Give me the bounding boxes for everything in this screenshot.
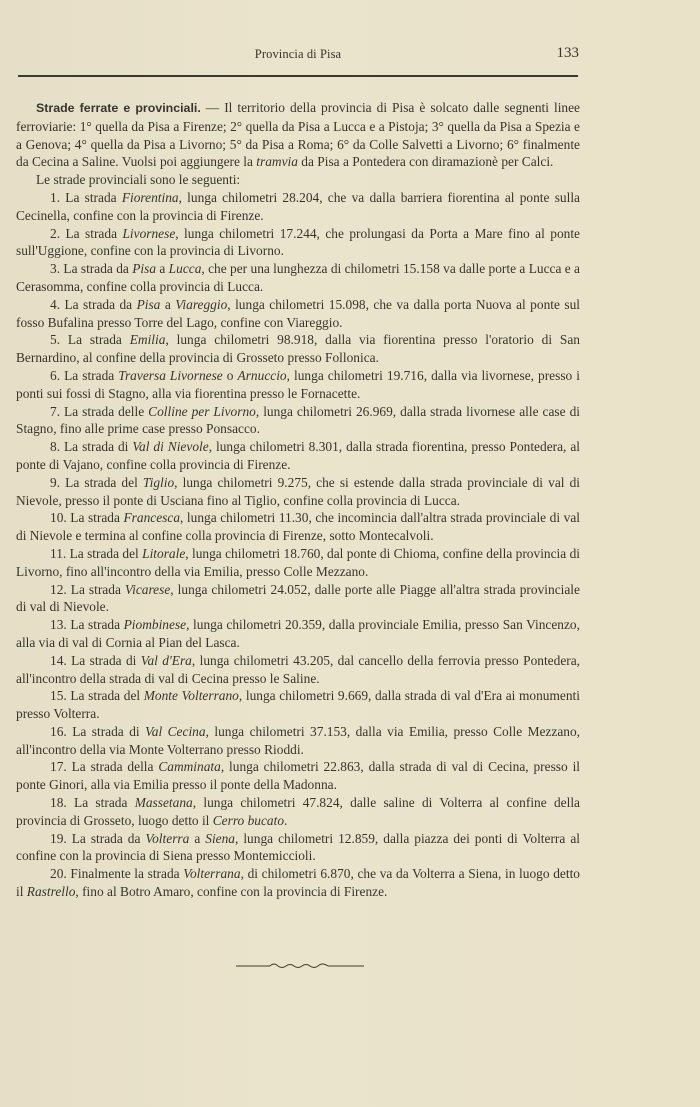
header-rule xyxy=(18,75,578,77)
road-text: 2. La strada xyxy=(50,226,122,241)
road-name: Litorale xyxy=(142,546,185,561)
road-list-item: 12. La strada Vicarese, lunga chilometri… xyxy=(16,581,580,617)
road-name: Colline per Livorno xyxy=(148,404,256,419)
running-title: Provincia di Pisa xyxy=(18,47,578,62)
road-name: Val Cecina xyxy=(145,724,206,739)
road-list-item: 9. La strada del Tiglio, lunga chilometr… xyxy=(16,474,580,510)
road-text: 19. La strada da xyxy=(50,831,145,846)
road-list: 1. La strada Fiorentina, lunga chilometr… xyxy=(16,189,580,901)
road-list-item: 1. La strada Fiorentina, lunga chilometr… xyxy=(16,189,580,225)
road-name: Vicarese xyxy=(125,582,170,597)
road-text: 12. La strada xyxy=(50,582,125,597)
road-name: Piombinese xyxy=(124,617,186,632)
road-list-item: 6. La strada Traversa Livornese o Arnucc… xyxy=(16,367,580,403)
road-name: Arnuccio xyxy=(238,368,287,383)
page-body: Strade ferrate e provinciali. — Il terri… xyxy=(16,99,580,901)
road-name: Emilia xyxy=(130,332,166,347)
road-text: 20. Finalmente la strada xyxy=(50,866,183,881)
road-name: Siena xyxy=(205,831,235,846)
road-name: Monte Volterrano xyxy=(144,688,239,703)
road-name: Massetana xyxy=(135,795,193,810)
road-text: 1. La strada xyxy=(50,190,122,205)
road-list-item: 8. La strada di Val di Nievole, lunga ch… xyxy=(16,438,580,474)
road-list-item: 3. La strada da Pisa a Lucca, che per un… xyxy=(16,260,580,296)
road-list-item: 2. La strada Livornese, lunga chilometri… xyxy=(16,225,580,261)
section-heading: Strade ferrate e provinciali. xyxy=(36,101,201,115)
road-text: 9. La strada del xyxy=(50,475,143,490)
road-text: 15. La strada del xyxy=(50,688,144,703)
tail-piece-ornament-icon xyxy=(236,960,364,972)
road-text: a xyxy=(156,261,169,276)
road-text: a xyxy=(189,831,205,846)
page-header: Provincia di Pisa 133 xyxy=(18,47,578,67)
road-text: 5. La strada xyxy=(50,332,130,347)
book-page: Provincia di Pisa 133 Strade ferrate e p… xyxy=(0,0,700,1107)
road-name: Val d'Era xyxy=(141,653,192,668)
road-text: 13. La strada xyxy=(50,617,124,632)
road-list-item: 13. La strada Piombinese, lunga chilomet… xyxy=(16,616,580,652)
road-list-item: 16. La strada di Val Cecina, lunga chilo… xyxy=(16,723,580,759)
road-list-item: 19. La strada da Volterra a Siena, lunga… xyxy=(16,830,580,866)
road-list-item: 10. La strada Francesca, lunga chilometr… xyxy=(16,509,580,545)
road-text: 7. La strada delle xyxy=(50,404,148,419)
road-text: 6. La strada xyxy=(50,368,118,383)
road-text: 11. La strada del xyxy=(50,546,142,561)
road-list-item: 4. La strada da Pisa a Viareggio, lunga … xyxy=(16,296,580,332)
road-list-item: 5. La strada Emilia, lunga chilometri 98… xyxy=(16,331,580,367)
intro-paragraph: Strade ferrate e provinciali. — Il terri… xyxy=(16,99,580,171)
road-text: a xyxy=(160,297,175,312)
road-text: . xyxy=(284,813,287,828)
road-name: Cerro bucato xyxy=(213,813,284,828)
road-name: Livornese xyxy=(122,226,175,241)
road-name: Viareggio xyxy=(175,297,227,312)
road-text: o xyxy=(223,368,238,383)
road-list-item: 7. La strada delle Colline per Livorno, … xyxy=(16,403,580,439)
road-text: 10. La strada xyxy=(50,510,124,525)
road-text: 3. La strada da xyxy=(50,261,132,276)
road-text: 18. La strada xyxy=(50,795,135,810)
road-name: Lucca xyxy=(169,261,202,276)
road-name: Fiorentina xyxy=(122,190,179,205)
road-name: Francesca xyxy=(124,510,181,525)
road-text: 16. La strada di xyxy=(50,724,145,739)
road-name: Tiglio xyxy=(143,475,174,490)
road-text: 17. La strada della xyxy=(50,759,158,774)
road-name: Pisa xyxy=(137,297,161,312)
road-list-item: 14. La strada di Val d'Era, lunga chilom… xyxy=(16,652,580,688)
road-list-item: 15. La strada del Monte Volterrano, lung… xyxy=(16,687,580,723)
road-text: 4. La strada da xyxy=(50,297,137,312)
road-text: 8. La strada di xyxy=(50,439,132,454)
road-name: Volterrana xyxy=(183,866,240,881)
road-list-item: 11. La strada del Litorale, lunga chilom… xyxy=(16,545,580,581)
road-list-item: 20. Finalmente la strada Volterrana, di … xyxy=(16,865,580,901)
road-name: Volterra xyxy=(145,831,189,846)
road-name: Pisa xyxy=(132,261,156,276)
road-list-item: 18. La strada Massetana, lunga chilometr… xyxy=(16,794,580,830)
page-number: 133 xyxy=(557,45,580,62)
road-name: Camminata xyxy=(158,759,221,774)
road-name: Val di Nievole xyxy=(132,439,208,454)
road-name: Traversa Livornese xyxy=(118,368,222,383)
list-lead: Le strade provinciali sono le seguenti: xyxy=(16,171,580,189)
road-name: Rastrello xyxy=(27,884,76,899)
road-text: , fino al Botro Amaro, confine con la pr… xyxy=(75,884,387,899)
road-text: 14. La strada di xyxy=(50,653,141,668)
road-list-item: 17. La strada della Camminata, lunga chi… xyxy=(16,758,580,794)
